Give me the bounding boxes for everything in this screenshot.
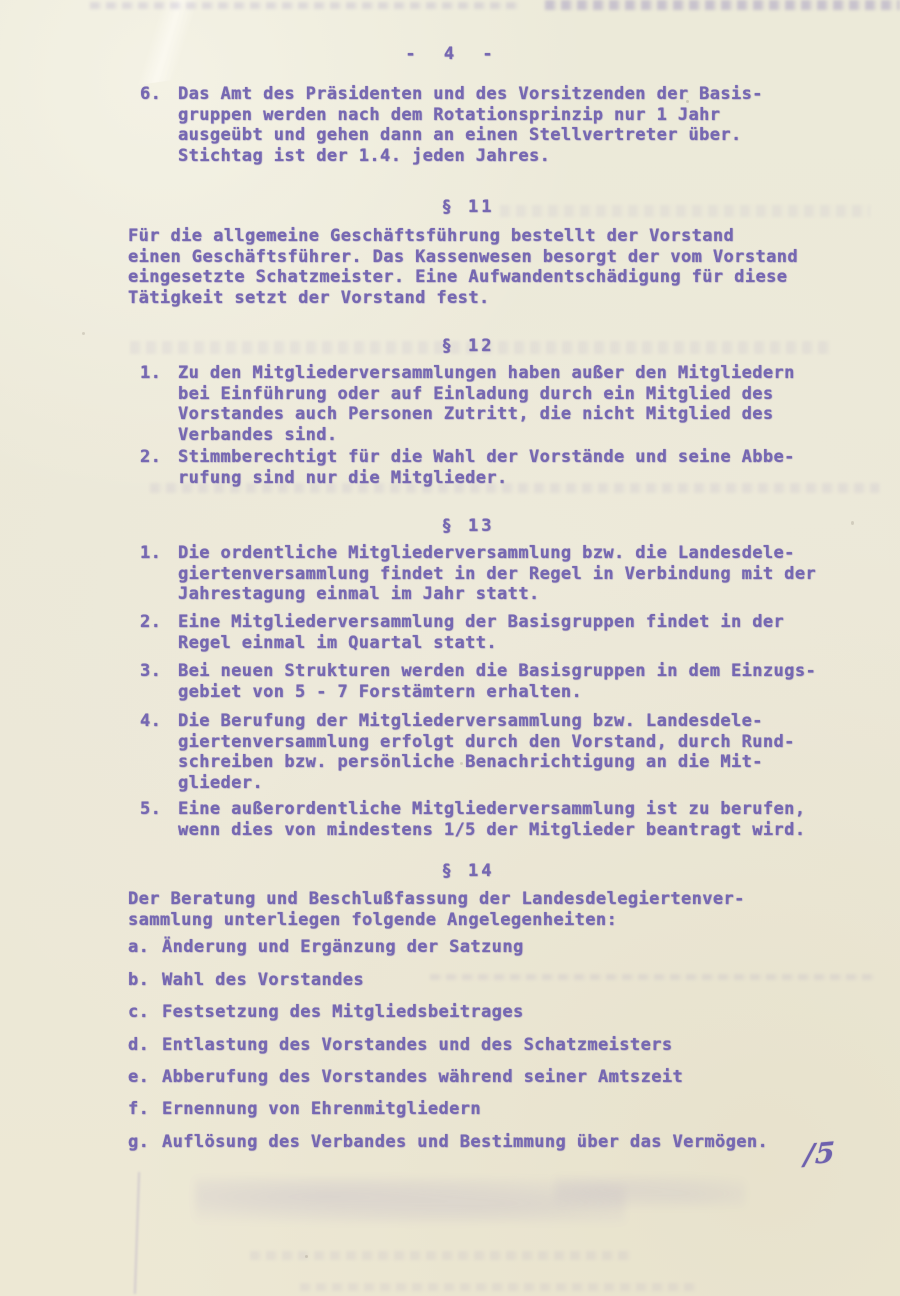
- page-number: - 4 -: [0, 44, 900, 65]
- text-line: Eine Mitgliederversammlung der Basisgrup…: [178, 612, 784, 633]
- bleed-through-blob: [195, 1178, 625, 1223]
- list-marker: 2.: [140, 612, 161, 633]
- list-item-lines: Festsetzung des Mitgliedsbeitrages: [162, 1002, 524, 1023]
- text-line: Wahl des Vorstandes: [162, 970, 364, 991]
- text-line: giertenversammlung erfolgt durch den Vor…: [178, 732, 795, 753]
- list-item-lines: Abberufung des Vorstandes während seiner…: [162, 1067, 683, 1088]
- text-line: bei Einführung oder auf Einladung durch …: [178, 384, 795, 405]
- bleed-through-streak: [300, 1283, 700, 1291]
- list-marker: 2.: [140, 447, 161, 468]
- list-marker: 6.: [140, 84, 161, 105]
- list-marker: f.: [128, 1099, 149, 1120]
- text-line: sammlung unterliegen folgende Angelegenh…: [128, 910, 745, 931]
- text-line: rufung sind nur die Mitglieder.: [178, 468, 795, 489]
- list-marker: 4.: [140, 711, 161, 732]
- list-item-lines: Ernennung von Ehrenmitgliedern: [162, 1099, 481, 1120]
- text-line: einen Geschäftsführer. Das Kassenwesen b…: [128, 247, 798, 268]
- list-marker: 1.: [140, 363, 161, 384]
- text-line: ausgeübt und gehen dann an einen Stellve…: [178, 125, 763, 146]
- list-item-lines: Eine außerordentliche Mitgliederversamml…: [178, 799, 805, 840]
- list-item-lines: Auflösung des Verbandes und Bestimmung ü…: [162, 1132, 768, 1153]
- list-marker: d.: [128, 1035, 149, 1056]
- list-marker: a.: [128, 937, 149, 958]
- list-item-lines: Änderung und Ergänzung der Satzung: [162, 937, 524, 958]
- text-line: Festsetzung des Mitgliedsbeitrages: [162, 1002, 524, 1023]
- text-line: Regel einmal im Quartal statt.: [178, 633, 784, 654]
- list-marker: 5.: [140, 799, 161, 820]
- text-line: Die Berufung der Mitgliederversammlung b…: [178, 711, 795, 732]
- list-item-lines: Zu den Mitgliederversammlungen haben auß…: [178, 363, 795, 445]
- section-heading: § 13: [0, 516, 900, 537]
- text-line: Bei neuen Strukturen werden die Basisgru…: [178, 661, 816, 682]
- list-marker: e.: [128, 1067, 149, 1088]
- list-item-lines: Entlastung des Vorstandes und des Schatz…: [162, 1035, 672, 1056]
- bleed-through-streak: [250, 1251, 630, 1260]
- bleed-through-top-right: [545, 0, 900, 10]
- list-item-lines: Bei neuen Strukturen werden die Basisgru…: [178, 661, 816, 702]
- list-marker: g.: [128, 1132, 149, 1153]
- text-line: Für die allgemeine Geschäftsführung best…: [128, 226, 798, 247]
- text-line: Tätigkeit setzt der Vorstand fest.: [128, 288, 798, 309]
- text-line: Die ordentliche Mitgliederversammlung bz…: [178, 543, 816, 564]
- list-item-lines: Stimmberechtigt für die Wahl der Vorstän…: [178, 447, 795, 488]
- paragraph-lines: Für die allgemeine Geschäftsführung best…: [128, 226, 798, 308]
- text-line: Verbandes sind.: [178, 425, 795, 446]
- bleed-through-line: [134, 1172, 140, 1294]
- text-line: Stimmberechtigt für die Wahl der Vorstän…: [178, 447, 795, 468]
- section-heading: § 14: [0, 861, 900, 882]
- text-line: Entlastung des Vorstandes und des Schatz…: [162, 1035, 672, 1056]
- bleed-through-blob: [555, 1176, 745, 1208]
- scanned-document-page: - 4 - 6.Das Amt des Präsidenten und des …: [0, 0, 900, 1296]
- text-line: Änderung und Ergänzung der Satzung: [162, 937, 524, 958]
- list-marker: 1.: [140, 543, 161, 564]
- text-line: Abberufung des Vorstandes während seiner…: [162, 1067, 683, 1088]
- list-item-lines: Die Berufung der Mitgliederversammlung b…: [178, 711, 795, 793]
- text-line: eingesetzte Schatzmeister. Eine Aufwande…: [128, 267, 798, 288]
- text-line: Stichtag ist der 1.4. jeden Jahres.: [178, 146, 763, 167]
- text-line: Zu den Mitgliederversammlungen haben auß…: [178, 363, 795, 384]
- list-marker: 3.: [140, 661, 161, 682]
- text-line: giertenversammlung findet in der Regel i…: [178, 564, 816, 585]
- paragraph-lines: Der Beratung und Beschlußfassung der Lan…: [128, 889, 745, 930]
- text-line: Eine außerordentliche Mitgliederversamml…: [178, 799, 805, 820]
- text-line: Ernennung von Ehrenmitgliedern: [162, 1099, 481, 1120]
- list-item-lines: Eine Mitgliederversammlung der Basisgrup…: [178, 612, 784, 653]
- text-line: gebiet von 5 - 7 Forstämtern erhalten.: [178, 682, 816, 703]
- bleed-through-top: [90, 2, 520, 9]
- list-marker: b.: [128, 970, 149, 991]
- text-line: schreiben bzw. persönliche Benachrichtig…: [178, 752, 795, 773]
- text-line: wenn dies von mindestens 1/5 der Mitglie…: [178, 820, 805, 841]
- list-marker: c.: [128, 1002, 149, 1023]
- section-heading: § 11: [0, 197, 900, 218]
- text-line: Jahrestagung einmal im Jahr statt.: [178, 584, 816, 605]
- list-item-lines: Wahl des Vorstandes: [162, 970, 364, 991]
- list-item-lines: Die ordentliche Mitgliederversammlung bz…: [178, 543, 816, 605]
- text-line: gruppen werden nach dem Rotationsprinzip…: [178, 105, 763, 126]
- handwritten-page-ref: /5: [804, 1143, 837, 1166]
- text-line: Das Amt des Präsidenten und des Vorsitze…: [178, 84, 763, 105]
- bleed-through-streak: [430, 974, 875, 980]
- text-line: Vorstandes auch Personen Zutritt, die ni…: [178, 404, 795, 425]
- text-line: glieder.: [178, 773, 795, 794]
- text-line: Auflösung des Verbandes und Bestimmung ü…: [162, 1132, 768, 1153]
- list-item-lines: Das Amt des Präsidenten und des Vorsitze…: [178, 84, 763, 166]
- text-line: Der Beratung und Beschlußfassung der Lan…: [128, 889, 745, 910]
- section-heading: § 12: [0, 336, 900, 357]
